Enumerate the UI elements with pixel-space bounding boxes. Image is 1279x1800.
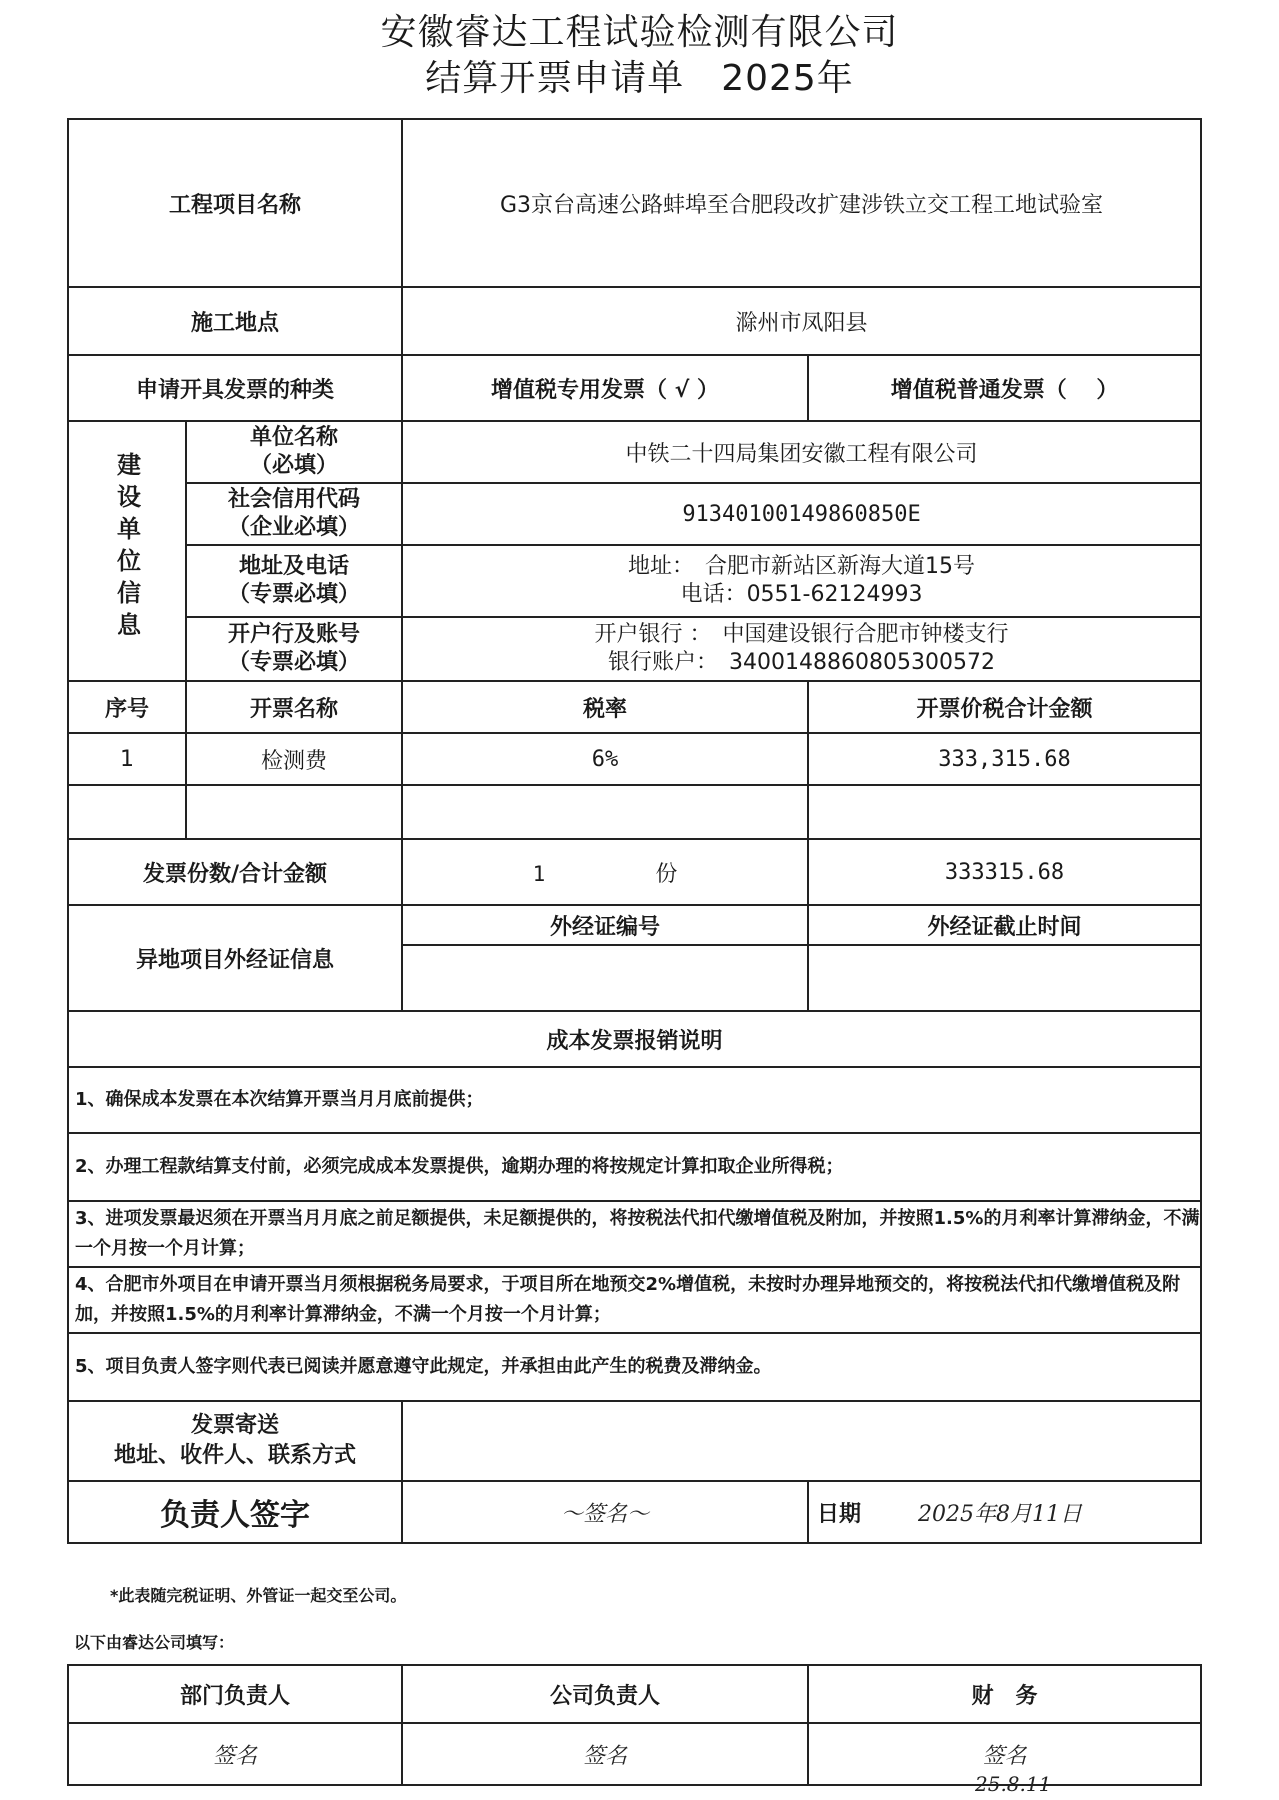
- form-title: 结算开票申请单 2025年: [0, 50, 1279, 101]
- builder-field-label: 社会信用代码（企业必填）: [186, 483, 402, 545]
- note-item-2: 2、办理工程款结算支付前，必须完成成本发票提供，逾期办理的将按规定计算扣取企业所…: [68, 1133, 1201, 1201]
- project-name-label: 工程项目名称: [68, 119, 402, 287]
- signature-label: 负责人签字: [68, 1481, 402, 1543]
- item-rate: [402, 785, 808, 839]
- approval-header-company: 公司负责人: [402, 1665, 808, 1723]
- invoice-type-row: 申请开具发票的种类 增值税专用发票（ √ ） 增值税普通发票（ ）: [68, 355, 1201, 421]
- site-value: 滁州市凤阳县: [402, 287, 1201, 355]
- finance-date: 25.8.11: [975, 1772, 1051, 1796]
- permit-number-value[interactable]: [402, 945, 808, 1011]
- builder-company-name: 中铁二十四局集团安徽工程有限公司: [402, 421, 1201, 483]
- items-header-row: 序号 开票名称 税率 开票价税合计金额: [68, 681, 1201, 733]
- note-item-3: 3、进项发票最迟须在开票当月月底之前足额提供，未足额提供的，将按税法代扣代缴增值…: [68, 1201, 1201, 1267]
- signature-row: 负责人签字 ～签名～ 日期 2025年8月11日: [68, 1481, 1201, 1543]
- responsible-signature[interactable]: ～签名～: [402, 1481, 808, 1543]
- note-item-4: 4、合肥市外项目在申请开票当月须根据税务局要求，于项目所在地预交2%增值税，未按…: [68, 1267, 1201, 1333]
- totals-amount: 333315.68: [808, 839, 1201, 905]
- permit-deadline-header: 外经证截止时间: [808, 905, 1201, 945]
- invoice-type-label: 申请开具发票的种类: [68, 355, 402, 421]
- item-amount: [808, 785, 1201, 839]
- builder-address-phone: 地址： 合肥市新站区新海大道15号电话：0551-62124993: [402, 545, 1201, 617]
- attach-note: *此表随完税证明、外管证一起交至公司。: [110, 1583, 406, 1606]
- totals-label: 发票份数/合计金额: [68, 839, 402, 905]
- dept-head-signature[interactable]: 签名: [68, 1723, 402, 1785]
- builder-group-label: 建设单位信息: [68, 421, 186, 681]
- project-name-row: 工程项目名称 G3京台高速公路蚌埠至合肥段改扩建涉铁立交工程工地试验室: [68, 119, 1201, 287]
- builder-bank-account: 开户银行 ： 中国建设银行合肥市钟楼支行银行账户： 34001488608053…: [402, 617, 1201, 681]
- company-head-signature[interactable]: 签名: [402, 1723, 808, 1785]
- company-fill-note: 以下由睿达公司填写：: [74, 1630, 234, 1653]
- permit-deadline-value[interactable]: [808, 945, 1201, 1011]
- approval-header-dept: 部门负责人: [68, 1665, 402, 1723]
- builder-field-label: 地址及电话（专票必填）: [186, 545, 402, 617]
- invoice-type-normal-checkbox[interactable]: 增值税普通发票（ ）: [808, 355, 1201, 421]
- item-no: 1: [68, 733, 186, 785]
- note-item-5: 5、项目负责人签字则代表已阅读并愿意遵守此规定，并承担由此产生的税费及滞纳金。: [68, 1333, 1201, 1401]
- builder-row: 地址及电话（专票必填） 地址： 合肥市新站区新海大道15号电话：0551-621…: [68, 545, 1201, 617]
- item-rate: 6%: [402, 733, 808, 785]
- signature-date-cell[interactable]: 日期 2025年8月11日: [808, 1481, 1201, 1543]
- totals-count: 1份: [402, 839, 808, 905]
- invoice-type-special-checkbox[interactable]: 增值税专用发票（ √ ）: [402, 355, 808, 421]
- approval-header-finance: 财 务: [808, 1665, 1201, 1723]
- builder-row: 社会信用代码（企业必填） 91340100149860850E: [68, 483, 1201, 545]
- builder-credit-code: 91340100149860850E: [402, 483, 1201, 545]
- delivery-value[interactable]: [402, 1401, 1201, 1481]
- builder-row: 开户行及账号（专票必填） 开户银行 ： 中国建设银行合肥市钟楼支行银行账户： 3…: [68, 617, 1201, 681]
- approval-table: 部门负责人 公司负责人 财 务 签名 签名 签名: [67, 1664, 1202, 1786]
- delivery-label: 发票寄送地址、收件人、联系方式: [68, 1401, 402, 1481]
- notes-title-row: 成本发票报销说明: [68, 1011, 1201, 1067]
- date-value: 2025年8月11日: [918, 1502, 1082, 1527]
- col-header-no: 序号: [68, 681, 186, 733]
- item-amount: 333,315.68: [808, 733, 1201, 785]
- totals-row: 发票份数/合计金额 1份 333315.68: [68, 839, 1201, 905]
- site-row: 施工地点 滁州市凤阳县: [68, 287, 1201, 355]
- notes-title: 成本发票报销说明: [68, 1011, 1201, 1067]
- site-label: 施工地点: [68, 287, 402, 355]
- table-row: 1 检测费 6% 333,315.68: [68, 733, 1201, 785]
- date-label: 日期: [817, 1502, 861, 1527]
- table-row: [68, 785, 1201, 839]
- item-no: [68, 785, 186, 839]
- item-name: [186, 785, 402, 839]
- col-header-amount: 开票价税合计金额: [808, 681, 1201, 733]
- main-form-table: 工程项目名称 G3京台高速公路蚌埠至合肥段改扩建涉铁立交工程工地试验室 施工地点…: [67, 118, 1202, 1544]
- delivery-row: 发票寄送地址、收件人、联系方式: [68, 1401, 1201, 1481]
- col-header-name: 开票名称: [186, 681, 402, 733]
- company-title: 安徽睿达工程试验检测有限公司: [0, 4, 1279, 55]
- col-header-rate: 税率: [402, 681, 808, 733]
- item-name: 检测费: [186, 733, 402, 785]
- project-name-value: G3京台高速公路蚌埠至合肥段改扩建涉铁立交工程工地试验室: [402, 119, 1201, 287]
- note-item-1: 1、确保成本发票在本次结算开票当月月底前提供；: [68, 1067, 1201, 1133]
- permit-number-header: 外经证编号: [402, 905, 808, 945]
- permit-header-row: 异地项目外经证信息 外经证编号 外经证截止时间: [68, 905, 1201, 945]
- builder-field-label: 单位名称（必填）: [186, 421, 402, 483]
- builder-field-label: 开户行及账号（专票必填）: [186, 617, 402, 681]
- builder-row: 建设单位信息 单位名称（必填） 中铁二十四局集团安徽工程有限公司: [68, 421, 1201, 483]
- permit-label: 异地项目外经证信息: [68, 905, 402, 1011]
